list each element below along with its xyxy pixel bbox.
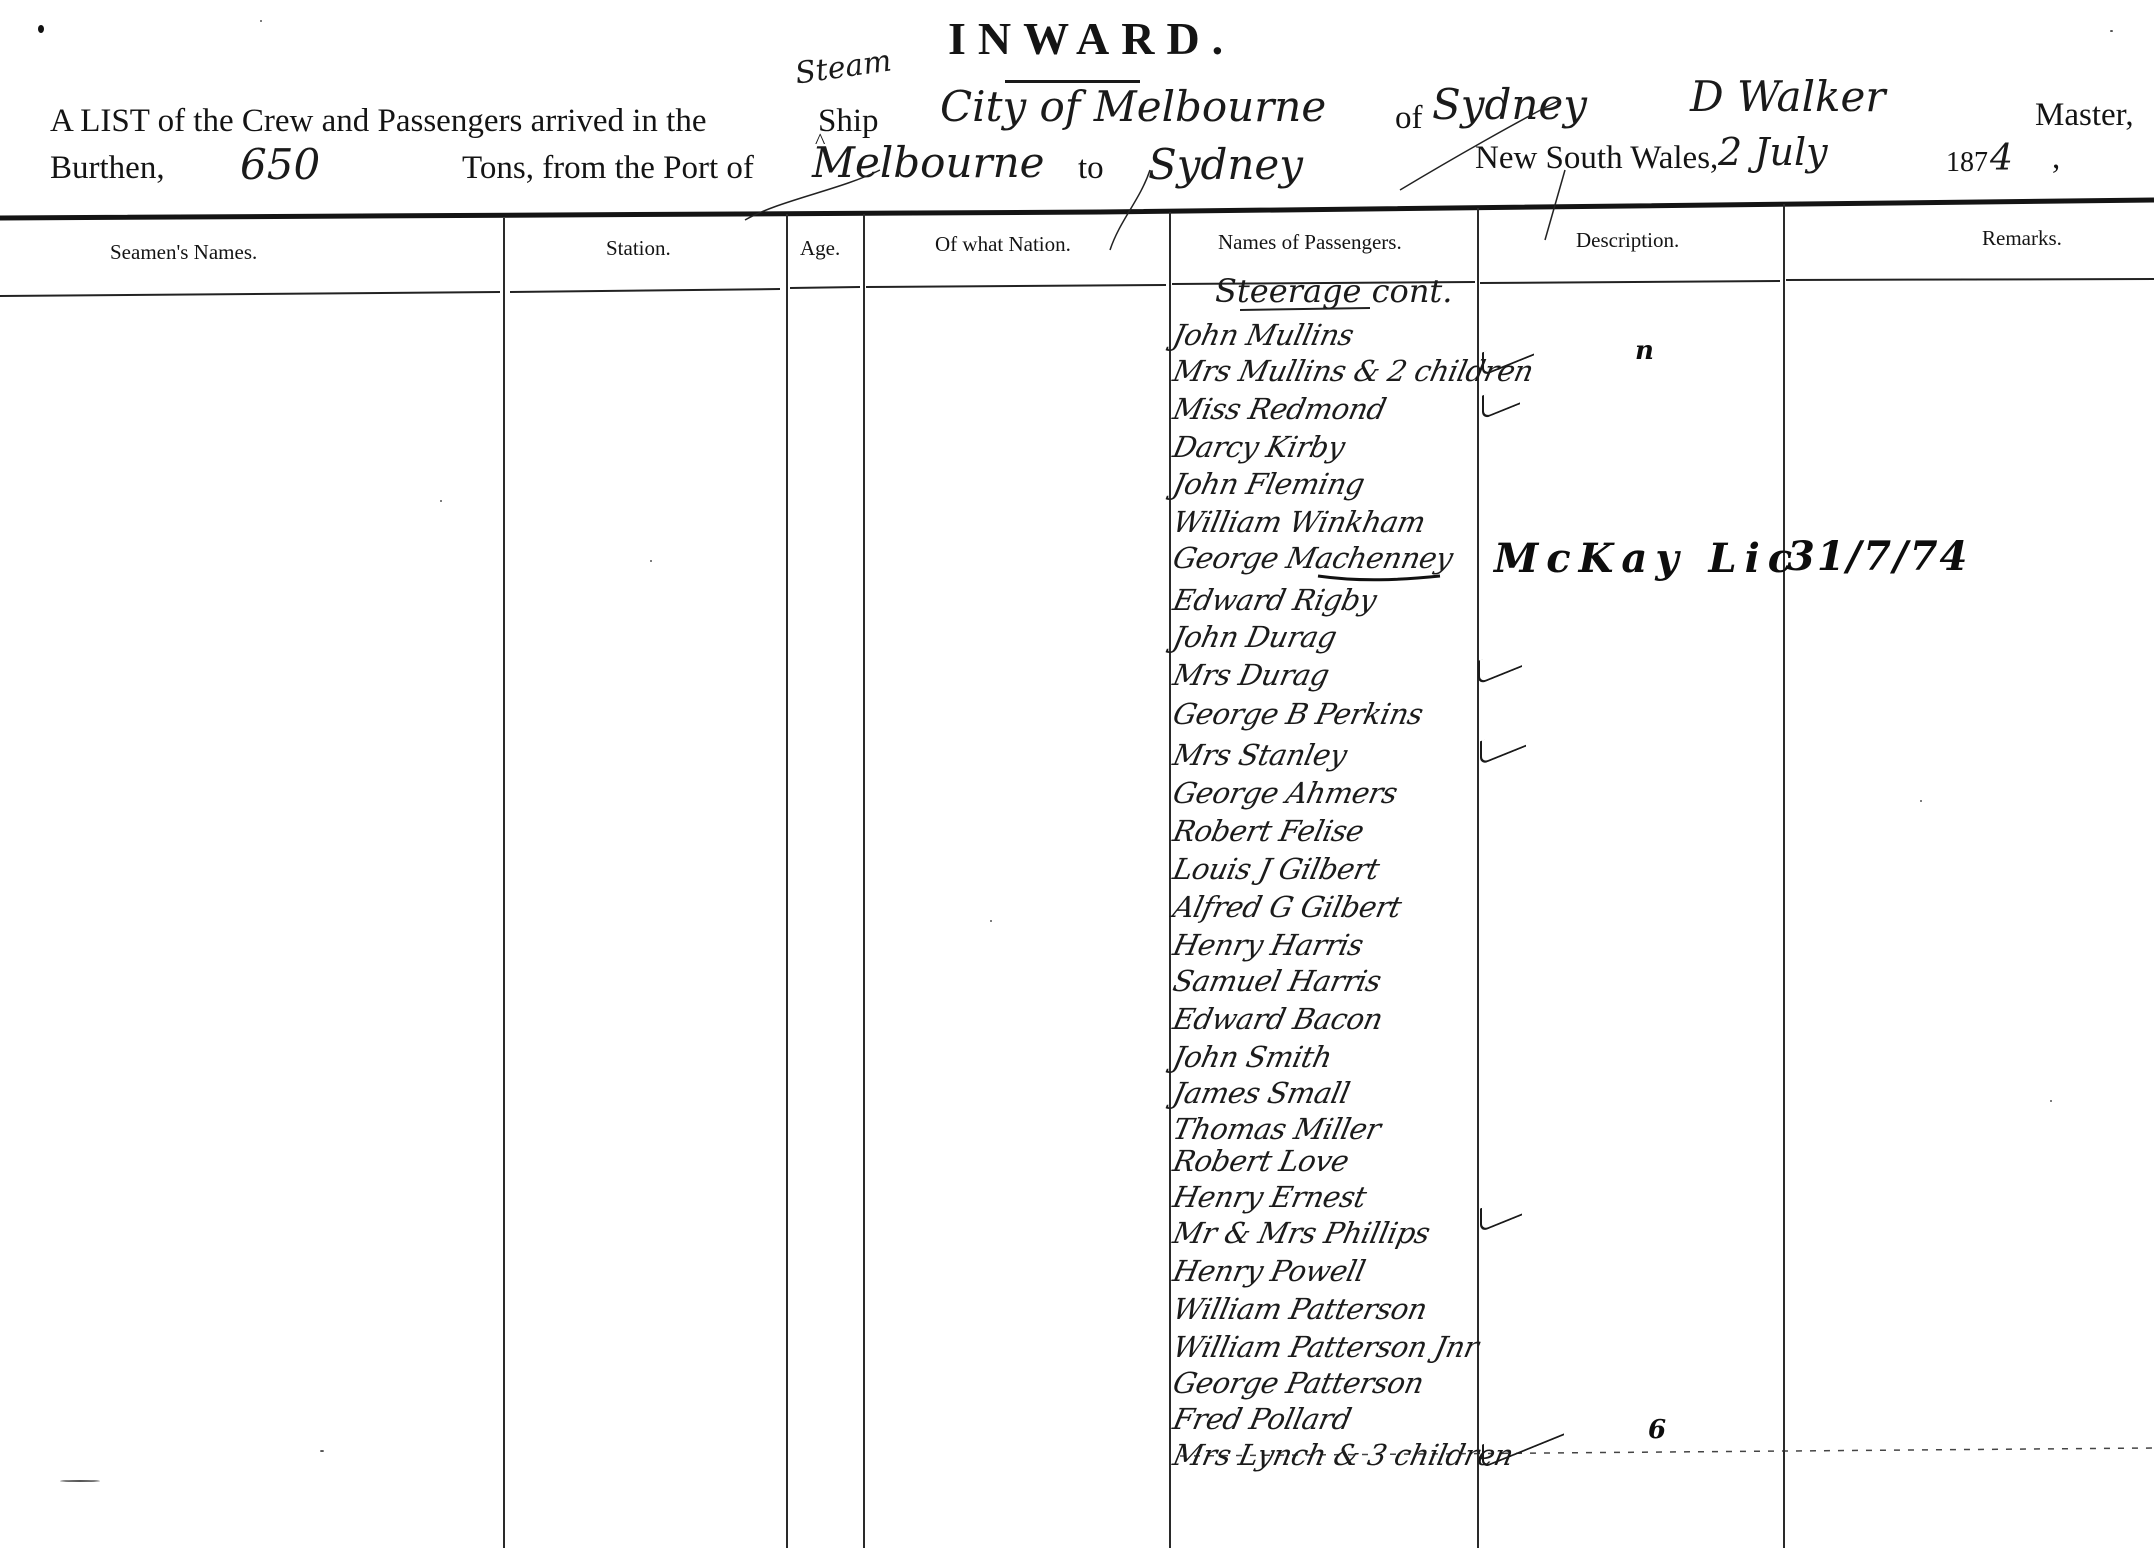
scan-speck bbox=[260, 20, 262, 22]
passenger-row: John Durag bbox=[1170, 620, 1340, 654]
year-prefix: 187 bbox=[1946, 147, 1988, 179]
description-mark-bottom: 6 bbox=[1648, 1415, 1666, 1445]
column-header-passengers: Names of Passengers. bbox=[1218, 230, 1402, 255]
from-port: Melbourne bbox=[812, 138, 1045, 187]
passenger-row: Henry Harris bbox=[1170, 928, 1366, 962]
passenger-row: George B Perkins bbox=[1170, 697, 1426, 731]
passenger-row: Fred Pollard bbox=[1170, 1402, 1354, 1436]
column-header-seamen: Seamen's Names. bbox=[110, 240, 257, 265]
passenger-row: George Ahmers bbox=[1170, 776, 1400, 810]
passenger-row: George Patterson bbox=[1170, 1366, 1427, 1400]
divider-station-age bbox=[786, 214, 788, 1548]
check-mark bbox=[1478, 643, 1522, 685]
column-header-nation: Of what Nation. bbox=[935, 232, 1071, 257]
remarks-date: 31/7/74 bbox=[1787, 533, 1969, 580]
passenger-row: Samuel Harris bbox=[1170, 964, 1384, 998]
column-header-age: Age. bbox=[800, 236, 840, 261]
form-title: INWARD. bbox=[948, 12, 1235, 65]
scan-speck bbox=[990, 920, 992, 922]
scan-speck bbox=[1920, 800, 1922, 802]
home-port: Sydney bbox=[1432, 80, 1587, 129]
ship-name: City of Melbourne bbox=[940, 82, 1326, 131]
column-header-description: Description. bbox=[1576, 228, 1679, 253]
check-mark bbox=[1482, 1411, 1564, 1468]
scan-speck bbox=[440, 500, 442, 502]
passenger-row: Mrs Lynch & 3 children bbox=[1170, 1438, 1516, 1472]
passenger-row: Miss Redmond bbox=[1170, 392, 1389, 426]
passenger-row: Thomas Miller bbox=[1170, 1112, 1384, 1146]
scan-speck bbox=[650, 560, 652, 562]
passenger-row: James Small bbox=[1170, 1076, 1353, 1110]
list-intro-text: A LIST of the Crew and Passengers arrive… bbox=[50, 103, 707, 140]
to-label: to bbox=[1078, 150, 1104, 187]
passenger-row: Mrs Stanley bbox=[1170, 738, 1350, 772]
column-header-station: Station. bbox=[606, 236, 671, 261]
passenger-row: Robert Love bbox=[1170, 1144, 1352, 1178]
divider-description-remarks bbox=[1783, 204, 1785, 1548]
burthen-value: 650 bbox=[240, 140, 320, 189]
passenger-row: John Mullins bbox=[1170, 318, 1357, 352]
check-mark bbox=[1480, 1192, 1522, 1233]
passenger-row: John Smith bbox=[1170, 1040, 1335, 1074]
scan-speck bbox=[60, 1480, 100, 1482]
ship-label: Ship bbox=[818, 103, 879, 140]
to-port: Sydney bbox=[1148, 140, 1303, 189]
description-mark-top: n bbox=[1635, 336, 1654, 366]
passenger-row: Alfred G Gilbert bbox=[1170, 890, 1404, 924]
passenger-row: John Fleming bbox=[1170, 467, 1367, 501]
table-rules bbox=[0, 0, 2154, 1548]
passenger-row: Mr & Mrs Phillips bbox=[1170, 1216, 1433, 1250]
arrival-date: 2 July bbox=[1718, 130, 1828, 174]
scan-speck bbox=[2110, 30, 2113, 32]
of-label: of bbox=[1395, 100, 1423, 137]
passenger-row: Henry Ernest bbox=[1170, 1180, 1369, 1214]
passenger-row: Louis J Gilbert bbox=[1170, 852, 1382, 886]
passenger-row: George Machenney bbox=[1170, 541, 1456, 575]
year-trailing: , bbox=[2052, 140, 2060, 177]
description-note-mckay-lic: McKay Lic bbox=[1494, 535, 1800, 582]
burthen-label: Burthen, bbox=[50, 150, 165, 187]
section-heading-steerage: Steerage cont. bbox=[1215, 272, 1452, 310]
master-name: D Walker bbox=[1690, 72, 1885, 121]
passenger-row: Edward Rigby bbox=[1170, 583, 1379, 617]
check-mark bbox=[1480, 723, 1526, 766]
column-header-remarks: Remarks. bbox=[1982, 226, 2062, 251]
tons-from-port-label: Tons, from the Port of bbox=[462, 150, 754, 187]
scan-speck bbox=[2050, 1100, 2052, 1102]
passenger-row: Darcy Kirby bbox=[1170, 430, 1348, 464]
passenger-row: Edward Bacon bbox=[1170, 1002, 1386, 1036]
passenger-row: William Winkham bbox=[1170, 505, 1428, 539]
master-label: Master, bbox=[2035, 97, 2134, 134]
divider-seamen-station bbox=[503, 218, 505, 1548]
passenger-row: William Patterson bbox=[1170, 1292, 1430, 1326]
scan-speck bbox=[320, 1450, 324, 1452]
inserted-word-steam: Steam bbox=[793, 43, 894, 91]
passenger-row: Henry Powell bbox=[1170, 1254, 1368, 1288]
passenger-row: Robert Felise bbox=[1170, 814, 1367, 848]
region-label: New South Wales, bbox=[1475, 140, 1718, 177]
scan-speck bbox=[38, 25, 44, 33]
year-suffix: 4 bbox=[1990, 138, 2013, 179]
divider-age-nation bbox=[863, 214, 865, 1548]
passenger-row: William Patterson Jnr bbox=[1170, 1330, 1481, 1364]
passenger-row: Mrs Durag bbox=[1170, 658, 1332, 692]
